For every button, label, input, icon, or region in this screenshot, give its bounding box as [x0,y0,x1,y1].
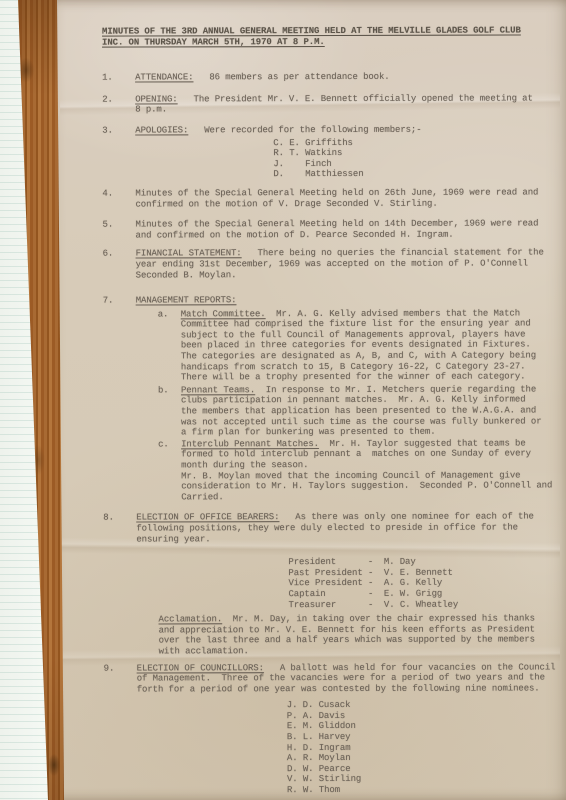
item-election-office-bearers: 8. ELECTION OF OFFICE BEARERS: As there … [103,512,557,657]
item-number: 7. [103,296,136,307]
section-text: Were recorded for the following members;… [188,125,421,136]
subitem-label: a. [158,309,181,320]
section-text: Minutes of the Special General Meeting h… [135,219,538,241]
item-number: 1. [102,73,135,84]
minutes-document: MINUTES OF THE 3RD ANNUAL GENERAL MEETIN… [102,25,558,796]
scanned-minutes-page: MINUTES OF THE 3RD ANNUAL GENERAL MEETIN… [0,0,566,800]
subsection-heading: Match Committee. [181,309,266,319]
item-number: 4. [102,188,135,199]
title-line-2: INC. ON THURSDAY MARCH 5TH, 1970 AT 8 P.… [102,36,556,48]
item-election-councillors: 9. ELECTION OF COUNCILLORS: A ballott wa… [104,662,558,796]
subitem-label: b. [158,385,181,396]
subsection-heading: Interclub Pennant Matches. [181,439,319,449]
item-number: 3. [102,125,135,136]
item-opening: 2. OPENING: The President Mr. V. E. Benn… [102,93,556,115]
acclamation-heading: Acclamation. [159,614,223,624]
item-management-reports: 7. MANAGEMENT REPORTS: [103,294,557,306]
section-heading: FINANCIAL STATEMENT: [136,249,242,259]
item-number: 6. [103,249,136,260]
subitem-interclub-pennant: c. Interclub Pennant Matches. Mr. H. Tay… [158,438,557,503]
section-heading: ATTENDANCE: [135,73,193,83]
section-text: The President Mr. V. E. Bennett official… [135,93,533,115]
subitem-pennant-teams: b. Pennant Teams. In response to Mr. I. … [158,384,557,438]
section-heading: OPENING: [135,94,177,104]
section-text: Minutes of the Special General Meeting h… [135,187,538,209]
subsection-text: Mr. A. G. Kelly advised members that the… [181,308,536,382]
title-line-1: MINUTES OF THE 3RD ANNUAL GENERAL MEETIN… [102,25,556,37]
section-heading: ELECTION OF OFFICE BEARERS: [136,513,279,523]
section-heading: MANAGEMENT REPORTS: [136,295,237,305]
item-number: 5. [102,220,135,231]
item-minutes-june: 4. Minutes of the Special General Meetin… [102,187,556,209]
item-attendance: 1. ATTENDANCE: 86 members as per attenda… [102,72,556,84]
item-number: 9. [104,663,137,674]
section-text: 86 members as per attendance book. [193,72,389,83]
item-number: 8. [103,513,136,524]
apologies-name-list: C. E. Griffiths R. T. Watkins J. Finch D… [273,137,556,180]
item-financial-statement: 6. FINANCIAL STATEMENT: There being no q… [103,248,557,281]
councillor-nominees-list: J. D. Cusack P. A. Davis E. M. Gliddon B… [287,700,558,796]
section-heading: APOLOGIES: [135,125,188,135]
subitem-label: c. [158,439,181,450]
item-apologies: 3. APOLOGIES: Were recorded for the foll… [102,124,556,180]
section-heading: ELECTION OF COUNCILLORS: [137,663,264,673]
subitem-match-committee: a. Match Committee. Mr. A. G. Kelly advi… [158,308,557,383]
office-bearer-positions: President - M. Day Past President - V. E… [288,557,557,611]
subsection-heading: Pennant Teams. [181,385,255,395]
document-title: MINUTES OF THE 3RD ANNUAL GENERAL MEETIN… [102,25,556,47]
item-number: 2. [102,94,135,105]
item-minutes-december: 5. Minutes of the Special General Meetin… [102,219,556,241]
acclamation-paragraph: Acclamation. Mr. M. Day, in taking over … [159,614,558,657]
